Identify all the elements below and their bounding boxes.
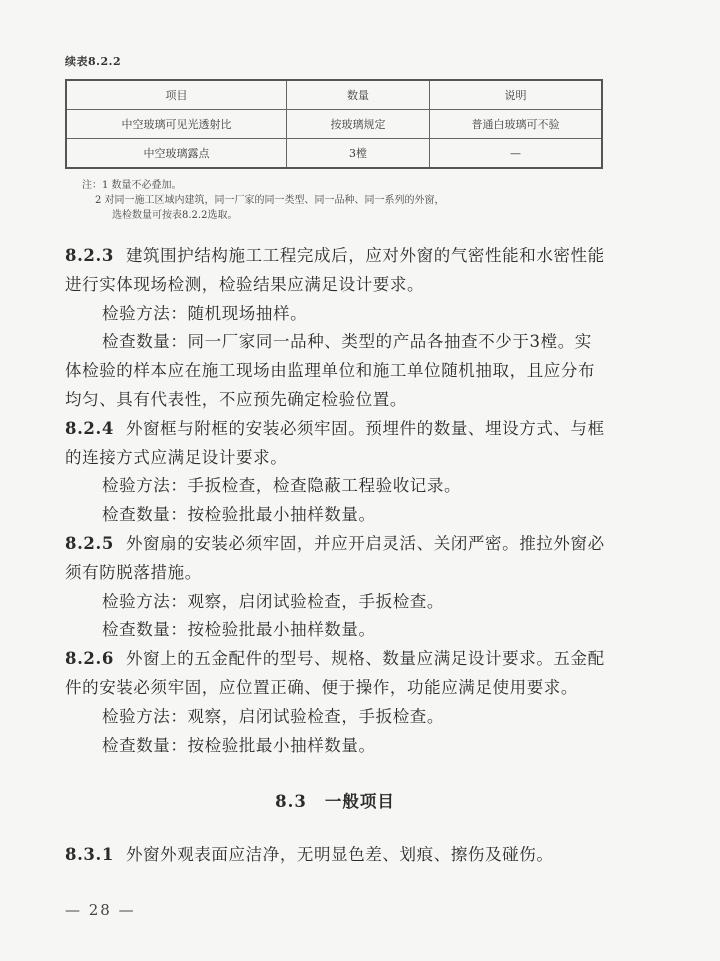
- table-header-row: 项目 数量 说明: [66, 80, 602, 110]
- table-cell: 按玻璃规定: [287, 110, 430, 139]
- inspection-method: 检验方法：观察，启闭试验检查，手扳检查。: [65, 588, 605, 617]
- clause-number: 8.2.5: [65, 534, 114, 553]
- inspection-quantity: 检查数量：同一厂家同一品种、类型的产品各抽查不少于3樘。实体检验的样本应在施工现…: [65, 328, 605, 414]
- clause-8-3-1: 8.3.1外窗外观表面应洁净，无明显色差、划痕、擦伤及碰伤。: [65, 841, 605, 870]
- spec-table: 项目 数量 说明 中空玻璃可见光透射比 按玻璃规定 普通白玻璃可不验 中空玻璃露…: [65, 79, 603, 169]
- table-cell: 普通白玻璃可不验: [430, 110, 603, 139]
- note-1: 注：1 数量不必叠加。: [82, 178, 445, 193]
- page-number: — 28 —: [65, 901, 136, 919]
- inspection-quantity: 检查数量：按检验批最小抽样数量。: [65, 501, 605, 530]
- inspection-method: 检验方法：手扳检查，检查隐蔽工程验收记录。: [65, 472, 605, 501]
- table-caption: 续表8.2.2: [65, 53, 121, 69]
- clause-text: 外窗扇的安装必须牢固，并应开启灵活、关闭严密。推拉外窗必须有防脱落措施。: [65, 534, 605, 582]
- clause-number: 8.2.4: [65, 419, 114, 438]
- clause-text: 外窗外观表面应洁净，无明显色差、划痕、擦伤及碰伤。: [126, 845, 554, 864]
- inspection-quantity: 检查数量：按检验批最小抽样数量。: [65, 732, 605, 761]
- clause-8-2-3: 8.2.3建筑围护结构施工工程完成后，应对外窗的气密性能和水密性能进行实体现场检…: [65, 242, 605, 300]
- table-cell: —: [430, 139, 603, 169]
- inspection-quantity: 检查数量：按检验批最小抽样数量。: [65, 616, 605, 645]
- note-2-cont: 选检数量可按表8.2.2选取。: [82, 208, 445, 223]
- document-page: 续表8.2.2 项目 数量 说明 中空玻璃可见光透射比 按玻璃规定 普通白玻璃可…: [0, 0, 720, 961]
- header-item: 项目: [66, 80, 287, 110]
- section-heading: 8.3一般项目: [65, 788, 605, 817]
- note-2: 2 对同一施工区域内建筑，同一厂家的同一类型、同一品种、同一系列的外窗，: [82, 193, 445, 208]
- table-row: 中空玻璃露点 3樘 —: [66, 139, 602, 169]
- table-cell: 中空玻璃可见光透射比: [66, 110, 287, 139]
- clause-text: 外窗上的五金配件的型号、规格、数量应满足设计要求。五金配件的安装必须牢固，应位置…: [65, 649, 605, 697]
- clause-number: 8.3.1: [65, 845, 114, 864]
- header-quantity: 数量: [287, 80, 430, 110]
- table-notes: 注：1 数量不必叠加。 2 对同一施工区域内建筑，同一厂家的同一类型、同一品种、…: [82, 178, 445, 223]
- document-body: 8.2.3建筑围护结构施工工程完成后，应对外窗的气密性能和水密性能进行实体现场检…: [65, 242, 605, 870]
- clause-text: 外窗框与附框的安装必须牢固。预埋件的数量、埋设方式、与框的连接方式应满足设计要求…: [65, 419, 605, 467]
- clause-text: 建筑围护结构施工工程完成后，应对外窗的气密性能和水密性能进行实体现场检测，检验结…: [65, 246, 605, 294]
- clause-8-2-6: 8.2.6外窗上的五金配件的型号、规格、数量应满足设计要求。五金配件的安装必须牢…: [65, 645, 605, 703]
- inspection-method: 检验方法：观察，启闭试验检查，手扳检查。: [65, 703, 605, 732]
- clause-8-2-5: 8.2.5外窗扇的安装必须牢固，并应开启灵活、关闭严密。推拉外窗必须有防脱落措施…: [65, 530, 605, 588]
- table-cell: 3樘: [287, 139, 430, 169]
- section-number: 8.3: [275, 792, 307, 811]
- clause-8-2-4: 8.2.4外窗框与附框的安装必须牢固。预埋件的数量、埋设方式、与框的连接方式应满…: [65, 415, 605, 473]
- inspection-method: 检验方法：随机现场抽样。: [65, 300, 605, 329]
- table-row: 中空玻璃可见光透射比 按玻璃规定 普通白玻璃可不验: [66, 110, 602, 139]
- header-description: 说明: [430, 80, 603, 110]
- clause-number: 8.2.3: [65, 246, 114, 265]
- clause-number: 8.2.6: [65, 649, 114, 668]
- section-title-text: 一般项目: [325, 792, 395, 811]
- table-cell: 中空玻璃露点: [66, 139, 287, 169]
